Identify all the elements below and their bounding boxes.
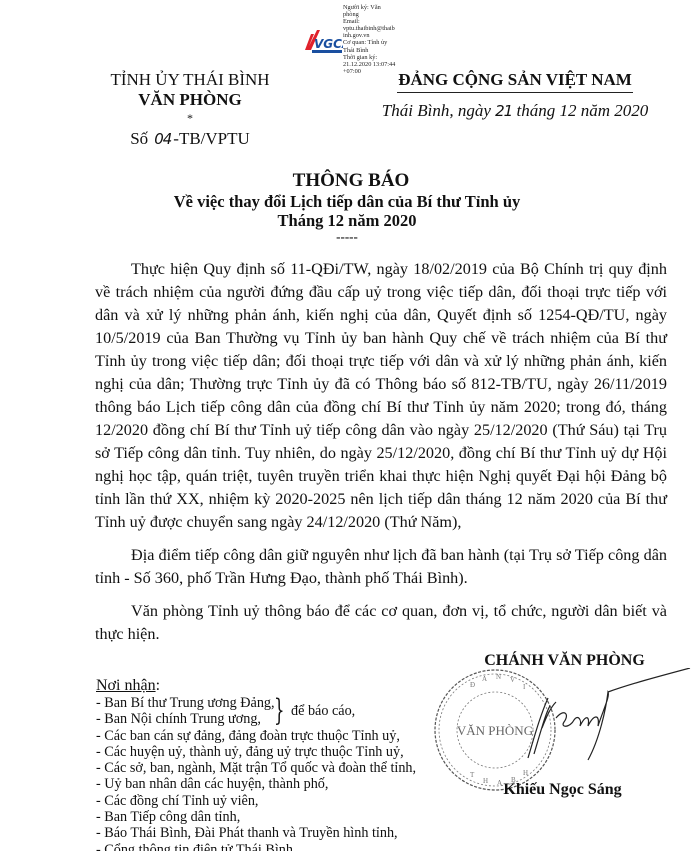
- date-suffix: tháng 12 năm 2020: [512, 101, 648, 120]
- document-body: Thực hiện Quy định số 11-QĐi/TW, ngày 18…: [95, 258, 667, 656]
- list-item: - Ban Tiếp công dân tỉnh,: [96, 809, 426, 825]
- brace-icon: }: [274, 696, 285, 726]
- document-subject: Về việc thay đổi Lịch tiếp dân của Bí th…: [0, 192, 694, 211]
- list-item: - Ban Bí thư Trung ương Đảng,: [96, 695, 426, 711]
- list-item: - Cổng thông tin điện tử Thái Bình,: [96, 842, 426, 851]
- list-item: - Các huyện uỷ, thành uỷ, đảng uỷ trực t…: [96, 744, 426, 760]
- signature-info-line: Thái Bình: [343, 47, 413, 54]
- list-item: - Uỷ ban nhân dân các huyện, thành phố,: [96, 776, 426, 792]
- star-mark: *: [100, 112, 280, 124]
- date-prefix: Thái Bình, ngày: [382, 101, 495, 120]
- party-name: ĐẢNG CỘNG SẢN VIỆT NAM: [397, 68, 633, 93]
- issue-date: Thái Bình, ngày 21 tháng 12 năm 2020: [370, 100, 660, 122]
- list-item: - Các đồng chí Tỉnh uỷ viên,: [96, 793, 426, 809]
- signature-info-line: Thời gian ký:: [343, 54, 413, 61]
- signature-info-line: Người ký: Văn: [343, 4, 413, 11]
- digital-signature-info: Người ký: VănphòngEmail:vptu.thaibinh@th…: [343, 4, 413, 75]
- signature-info-line: 21.12.2020 13:07:44: [343, 61, 413, 68]
- document-title-block: THÔNG BÁO Về việc thay đổi Lịch tiếp dân…: [0, 170, 694, 244]
- org-unit: VĂN PHÒNG: [100, 90, 280, 110]
- recipients-list: Nơi nhận: - Ban Bí thư Trung ương Đảng, …: [96, 676, 426, 851]
- signer-title: CHÁNH VĂN PHÒNG: [462, 651, 667, 671]
- vgca-logo-text: VGCA: [314, 37, 343, 51]
- handwritten-signature: [520, 668, 694, 768]
- recipients-heading: Nơi nhận: [96, 677, 156, 694]
- signature-info-line: vptu.thaibinh@thaib: [343, 25, 413, 32]
- body-paragraph: Thực hiện Quy định số 11-QĐi/TW, ngày 18…: [95, 258, 667, 534]
- reporting-note: để báo cáo,: [291, 703, 355, 719]
- svg-text:V: V: [510, 676, 515, 684]
- issuing-agency-block: TỈNH ỦY THÁI BÌNH VĂN PHÒNG * Số04-TB/VP…: [100, 70, 280, 150]
- signature-info-line: phòng: [343, 11, 413, 18]
- body-paragraph: Văn phòng Tỉnh uỷ thông báo để các cơ qu…: [95, 600, 667, 646]
- doc-number-suffix: -TB/VPTU: [173, 129, 250, 148]
- list-item: - Ban Nội chính Trung ương,: [96, 711, 426, 727]
- recipients-heading-colon: :: [156, 677, 160, 694]
- list-item: - Các sở, ban, ngành, Mặt trận Tổ quốc v…: [96, 760, 426, 776]
- svg-text:T: T: [470, 771, 475, 779]
- svg-text:Đ: Đ: [470, 681, 475, 689]
- signature-info-line: Cơ quan: Tỉnh ủy: [343, 39, 413, 46]
- doc-number-prefix: Số: [130, 129, 148, 148]
- doc-number-handwritten: 04: [154, 130, 171, 148]
- svg-text:N: N: [496, 673, 501, 681]
- reporting-group: - Ban Bí thư Trung ương Đảng, - Ban Nội …: [96, 695, 426, 728]
- title-separator: -----: [0, 230, 694, 244]
- document-number: Số04-TB/VPTU: [100, 128, 280, 150]
- body-paragraph: Địa điểm tiếp công dân giữ nguyên như lị…: [95, 544, 667, 590]
- signer-name: Khiếu Ngọc Sáng: [470, 780, 655, 800]
- document-period: Tháng 12 năm 2020: [0, 211, 694, 230]
- svg-text:A: A: [482, 675, 487, 683]
- org-parent: TỈNH ỦY THÁI BÌNH: [100, 70, 280, 90]
- document-type: THÔNG BÁO: [0, 170, 694, 192]
- list-item: - Báo Thái Bình, Đài Phát thanh và Truyề…: [96, 825, 426, 841]
- date-day-handwritten: 21: [495, 102, 512, 120]
- vgca-logo: VGCA: [303, 26, 343, 56]
- list-item: - Các ban cán sự đảng, đảng đoàn trực th…: [96, 728, 426, 744]
- party-header-block: ĐẢNG CỘNG SẢN VIỆT NAM Thái Bình, ngày 2…: [370, 68, 660, 122]
- svg-text:H: H: [523, 769, 528, 777]
- signature-info-line: Email:: [343, 18, 413, 25]
- signature-info-line: inh.gov.vn: [343, 32, 413, 39]
